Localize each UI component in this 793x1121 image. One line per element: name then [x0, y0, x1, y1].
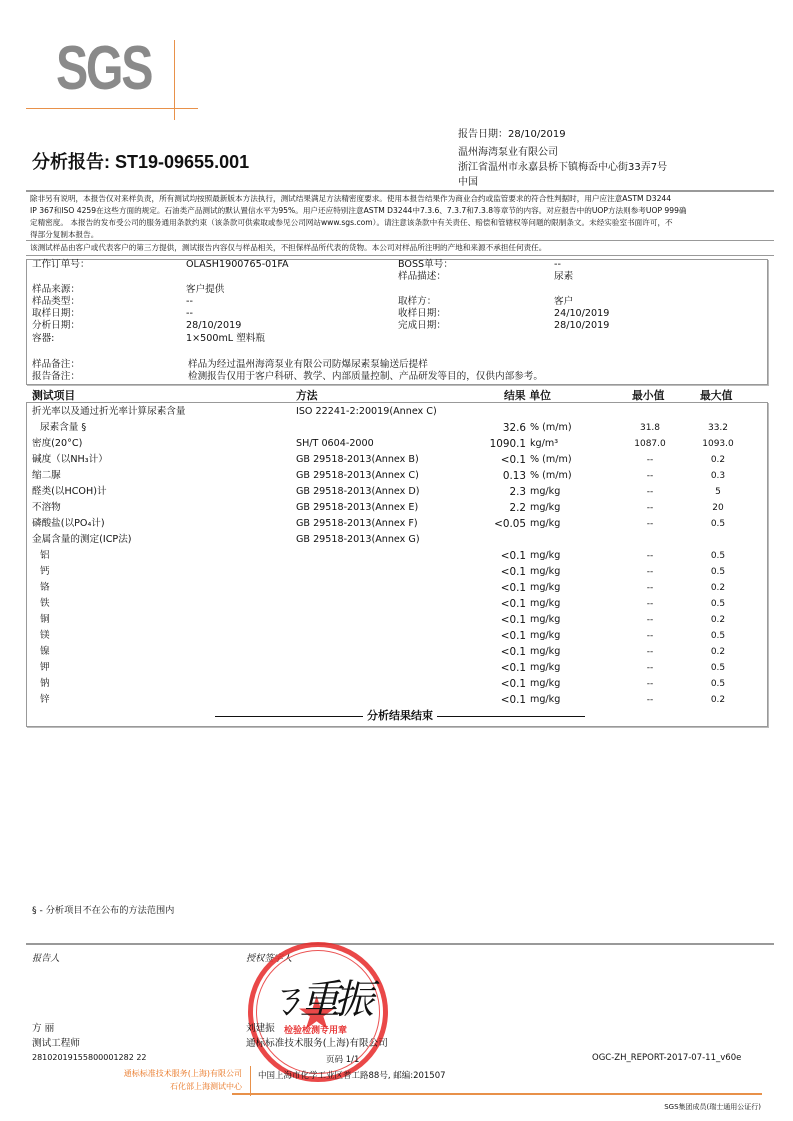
unit: mg/kg — [530, 644, 560, 660]
info-label: 工作订单号： — [32, 259, 90, 271]
max-value: 0.5 — [678, 676, 758, 692]
test-item: 钠 — [40, 676, 50, 692]
reporter-label: 报告人 — [32, 950, 60, 964]
method: GB 29518-2013(Annex F) — [296, 516, 418, 532]
signer-name: 刘建振 — [246, 1020, 275, 1034]
table-row: 钙<0.1mg/kg--0.5 — [0, 564, 793, 580]
divider — [26, 190, 774, 192]
reporter-name: 方 丽 — [32, 1020, 54, 1034]
client-country: 中国 — [458, 176, 478, 190]
test-item: 锌 — [40, 692, 50, 708]
sample-disclaimer: 该测试样品由客户或代表客户的第三方提供，测试报告内容仅与样品相关，不担保样品所代… — [30, 242, 772, 254]
info-label: 取样日期： — [32, 308, 90, 320]
unit: mg/kg — [530, 548, 560, 564]
test-item: 密度(20°C) — [32, 436, 82, 452]
sample-info-right-values: --尿素客户24/10/201928/10/2019 — [554, 259, 609, 333]
test-item: 碱度（以NH₃计） — [32, 452, 108, 468]
header-max: 最大值 — [700, 388, 732, 403]
lab-address: 中国上海市化学工业区普工路88号, 邮编:201507 — [258, 1069, 446, 1081]
test-item: 镁 — [40, 628, 50, 644]
max-value: 0.2 — [678, 612, 758, 628]
info-label: 样品描述： — [398, 271, 453, 283]
info-label: 完成日期： — [398, 320, 453, 332]
result-value: <0.1 — [501, 548, 526, 564]
disclaimer-line: IP 367和ISO 4259在这些方面的规定。石油类产品测试的默认置信水平为9… — [30, 205, 772, 217]
table-row: 醛类(以HCOH)计GB 29518-2013(Annex D)2.3mg/kg… — [0, 484, 793, 500]
result-value: 32.6 — [503, 420, 526, 436]
table-row: 铁<0.1mg/kg--0.5 — [0, 596, 793, 612]
max-value: 0.5 — [678, 660, 758, 676]
test-item: 醛类(以HCOH)计 — [32, 484, 107, 500]
test-item: 钙 — [40, 564, 50, 580]
template-id: OGC-ZH_REPORT-2017-07-11_v60e — [592, 1053, 741, 1063]
page-number: 页码 1/1 — [326, 1053, 359, 1065]
unit: mg/kg — [530, 564, 560, 580]
info-value: 28/10/2019 — [186, 320, 289, 332]
method: GB 29518-2013(Annex E) — [296, 500, 418, 516]
end-rule-left — [215, 716, 363, 717]
table-row: 铜<0.1mg/kg--0.2 — [0, 612, 793, 628]
max-value: 0.5 — [678, 548, 758, 564]
unit: mg/kg — [530, 628, 560, 644]
document-code: 28102019155800001282 22 — [32, 1053, 147, 1062]
info-value: 客户提供 — [186, 284, 289, 296]
disclaimer-line: 定精密度。 本报告的发布受公司的服务通用条款约束（该条款可供索取或参见公司网站w… — [30, 217, 772, 229]
logo-vertical-rule — [174, 40, 175, 120]
max-value: 0.2 — [678, 644, 758, 660]
lab-department: 石化部上海测试中心 — [170, 1081, 242, 1092]
table-row: 镍<0.1mg/kg--0.2 — [0, 644, 793, 660]
info-label — [398, 284, 453, 296]
info-value: -- — [554, 259, 609, 271]
max-value: 0.2 — [678, 452, 758, 468]
info-value: 28/10/2019 — [554, 320, 609, 332]
info-label: 样品来源： — [32, 284, 90, 296]
report-remark: 检测报告仅用于客户科研、教学、内部质量控制、产品研发等目的，仅供内部参考。 — [188, 371, 543, 383]
table-row: 锌<0.1mg/kg--0.2 — [0, 692, 793, 708]
results-end-marker: 分析结果结束 — [200, 707, 600, 723]
table-row: 不溶物GB 29518-2013(Annex E)2.2mg/kg--20 — [0, 500, 793, 516]
test-item: 铁 — [40, 596, 50, 612]
info-value: 客户 — [554, 296, 609, 308]
info-value: OLASH1900765-01FA — [186, 259, 289, 271]
table-row: 金属含量的测定(ICP法)GB 29518-2013(Annex G) — [0, 532, 793, 548]
result-value: 0.13 — [503, 468, 526, 484]
end-rule-right — [437, 716, 585, 717]
sgs-member-note: SGS集团成员(瑞士通用公证行) — [664, 1102, 761, 1112]
header-test-item: 测试项目 — [32, 388, 75, 403]
report-title: 分析报告: ST19-09655.001 — [32, 148, 249, 174]
result-value: <0.1 — [501, 452, 526, 468]
result-value: 2.2 — [509, 500, 526, 516]
test-item: 折光率以及通过折光率计算尿素含量 — [32, 404, 186, 420]
table-row: 铝<0.1mg/kg--0.5 — [0, 548, 793, 564]
info-value: 尿素 — [554, 271, 609, 283]
result-value: 1090.1 — [490, 436, 526, 452]
sample-info-left-values: OLASH1900765-01FA客户提供----28/10/20191×500… — [186, 259, 289, 345]
divider — [26, 943, 774, 945]
result-value: <0.1 — [501, 612, 526, 628]
info-value — [554, 284, 609, 296]
method: GB 29518-2013(Annex C) — [296, 468, 419, 484]
info-label — [32, 271, 90, 283]
result-value: <0.1 — [501, 596, 526, 612]
table-row: 钠<0.1mg/kg--0.5 — [0, 676, 793, 692]
test-item: 不溶物 — [32, 500, 61, 516]
table-row: 碱度（以NH₃计）GB 29518-2013(Annex B)<0.1% (m/… — [0, 452, 793, 468]
unit: mg/kg — [530, 500, 560, 516]
report-date-value: 28/10/2019 — [508, 129, 566, 140]
info-value: -- — [186, 296, 289, 308]
test-item: 镍 — [40, 644, 50, 660]
footnote: § - 分析项目不在公布的方法范围内 — [32, 902, 174, 916]
method: GB 29518-2013(Annex G) — [296, 532, 420, 548]
info-value: 1×500mL 塑料瓶 — [186, 333, 289, 345]
table-row: 尿素含量 §32.6% (m/m)31.833.2 — [0, 420, 793, 436]
info-value: 24/10/2019 — [554, 308, 609, 320]
result-value: <0.1 — [501, 676, 526, 692]
info-value — [186, 271, 289, 283]
divider — [26, 255, 774, 256]
max-value: 0.2 — [678, 692, 758, 708]
result-value: <0.1 — [501, 628, 526, 644]
unit: % (m/m) — [530, 420, 572, 436]
header-method: 方法 — [296, 388, 318, 403]
unit: mg/kg — [530, 484, 560, 500]
method: SH/T 0604-2000 — [296, 436, 374, 452]
test-item: 钾 — [40, 660, 50, 676]
table-row: 铬<0.1mg/kg--0.2 — [0, 580, 793, 596]
info-label: 容器: — [32, 333, 90, 345]
table-row: 镁<0.1mg/kg--0.5 — [0, 628, 793, 644]
result-value: <0.1 — [501, 660, 526, 676]
client-name: 温州海湾泵业有限公司 — [458, 146, 558, 160]
max-value: 5 — [678, 484, 758, 500]
results-end-text: 分析结果结束 — [367, 709, 433, 722]
max-value: 0.5 — [678, 564, 758, 580]
method: GB 29518-2013(Annex B) — [296, 452, 419, 468]
test-item: 铬 — [40, 580, 50, 596]
header-min: 最小值 — [632, 388, 664, 403]
max-value: 33.2 — [678, 420, 758, 436]
unit: % (m/m) — [530, 452, 572, 468]
max-value: 20 — [678, 500, 758, 516]
unit: mg/kg — [530, 676, 560, 692]
max-value: 0.5 — [678, 596, 758, 612]
max-value: 0.2 — [678, 580, 758, 596]
signer-company: 通标标准技术服务(上海)有限公司 — [246, 1035, 388, 1049]
report-remark-label: 报告备注： — [32, 371, 80, 383]
info-label: BOSS单号： — [398, 259, 453, 271]
max-value: 0.5 — [678, 628, 758, 644]
disclaimer-line: 除非另有说明，本报告仅对来样负责，所有测试均按照最新版本方法执行，测试结果满足方… — [30, 193, 772, 205]
result-value: 2.3 — [509, 484, 526, 500]
unit: mg/kg — [530, 596, 560, 612]
sample-remark: 样品为经过温州海湾泵业有限公司防爆尿素泵输送后提样 — [188, 359, 428, 371]
table-row: 缩二脲GB 29518-2013(Annex C)0.13% (m/m)--0.… — [0, 468, 793, 484]
unit: mg/kg — [530, 516, 560, 532]
report-date: 报告日期：28/10/2019 — [458, 128, 566, 142]
max-value: 0.3 — [678, 468, 758, 484]
disclaimer: 除非另有说明，本报告仅对来样负责，所有测试均按照最新版本方法执行，测试结果满足方… — [30, 193, 772, 241]
info-label: 分析日期： — [32, 320, 90, 332]
table-row: 折光率以及通过折光率计算尿素含量ISO 22241-2:20019(Annex … — [0, 404, 793, 420]
divider — [26, 240, 774, 241]
max-value: 0.5 — [678, 516, 758, 532]
result-value: <0.05 — [494, 516, 526, 532]
result-value: <0.1 — [501, 692, 526, 708]
header-result-unit: 结果 单位 — [504, 388, 551, 403]
test-item: 磷酸盐(以PO₄计) — [32, 516, 105, 532]
result-value: <0.1 — [501, 564, 526, 580]
unit: kg/m³ — [530, 436, 558, 452]
footer-rule — [232, 1093, 762, 1095]
sample-remark-label: 样品备注： — [32, 359, 80, 371]
test-item: 铜 — [40, 612, 50, 628]
test-item: 尿素含量 § — [40, 420, 86, 436]
test-item: 铝 — [40, 548, 50, 564]
sgs-logo: SGS — [56, 38, 151, 100]
info-label: 收样日期： — [398, 308, 453, 320]
result-value: <0.1 — [501, 580, 526, 596]
unit: mg/kg — [530, 660, 560, 676]
info-value: -- — [186, 308, 289, 320]
table-row: 密度(20°C)SH/T 0604-20001090.1kg/m³1087.01… — [0, 436, 793, 452]
result-value: <0.1 — [501, 644, 526, 660]
sample-info-left-labels: 工作订单号：样品来源：样品类型：取样日期：分析日期：容器: — [32, 259, 90, 345]
info-label: 取样方： — [398, 296, 453, 308]
reporter-title: 测试工程师 — [32, 1035, 80, 1049]
unit: mg/kg — [530, 692, 560, 708]
unit: % (m/m) — [530, 468, 572, 484]
footer-vertical-rule — [250, 1066, 251, 1096]
test-item: 金属含量的测定(ICP法) — [32, 532, 132, 548]
report-date-label: 报告日期： — [458, 129, 508, 140]
client-address: 浙江省温州市永嘉县桥下镇梅岙中心街33弄7号 — [458, 161, 667, 175]
method: GB 29518-2013(Annex D) — [296, 484, 420, 500]
sample-info-right-labels: BOSS单号：样品描述：取样方：收样日期：完成日期： — [398, 259, 453, 333]
lab-name: 通标标准技术服务(上海)有限公司 — [124, 1068, 242, 1079]
unit: mg/kg — [530, 580, 560, 596]
logo-horizontal-rule — [26, 108, 198, 109]
table-row: 磷酸盐(以PO₄计)GB 29518-2013(Annex F)<0.05mg/… — [0, 516, 793, 532]
table-row: 钾<0.1mg/kg--0.5 — [0, 660, 793, 676]
handwritten-signature: ㄋ重振 — [266, 980, 368, 1020]
method: ISO 22241-2:20019(Annex C) — [296, 404, 437, 420]
unit: mg/kg — [530, 612, 560, 628]
max-value: 1093.0 — [678, 436, 758, 452]
info-label: 样品类型： — [32, 296, 90, 308]
test-item: 缩二脲 — [32, 468, 61, 484]
